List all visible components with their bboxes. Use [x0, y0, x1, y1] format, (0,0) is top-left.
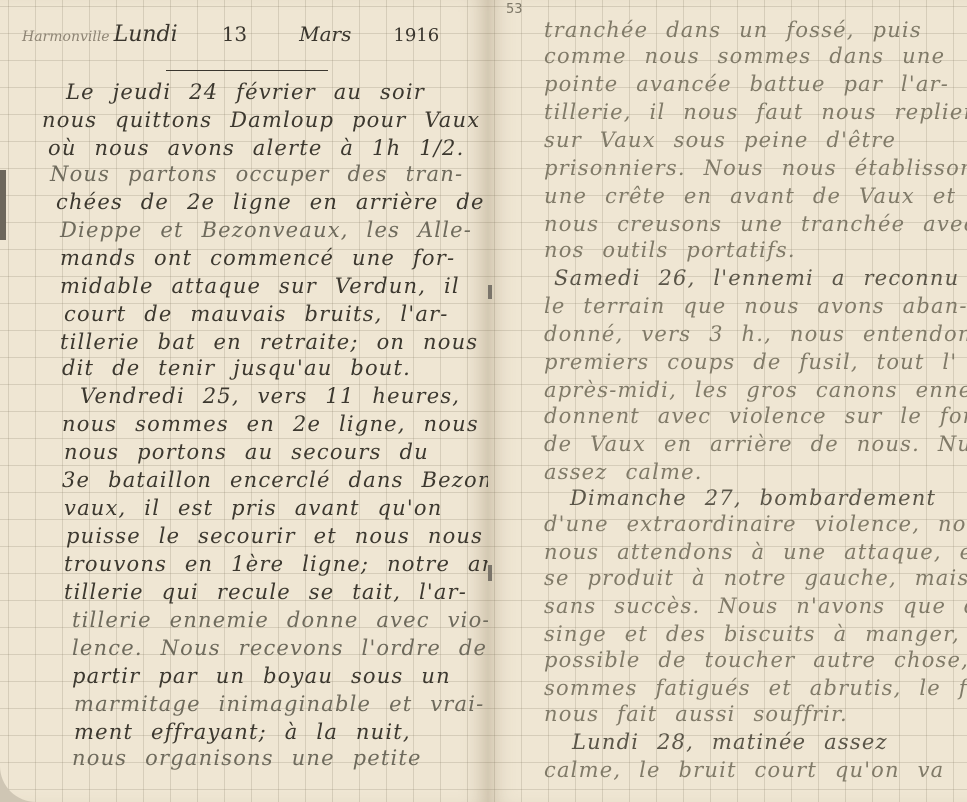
text-line: vaux, il est pris avant qu'on — [64, 496, 442, 520]
text-line: assez calme. — [544, 460, 703, 484]
text-line: donnent avec violence sur le fort — [544, 404, 967, 428]
text-line: 3e bataillon encerclé dans Bezon- — [62, 468, 488, 492]
text-line: tillerie bat en retraite; on nous — [60, 330, 478, 354]
header-date-number: 13 — [222, 22, 247, 46]
text-line: Le jeudi 24 février au soir — [66, 80, 425, 104]
text-line: midable attaque sur Verdun, il — [60, 274, 460, 298]
text-line: premiers coups de fusil, tout l' — [544, 350, 957, 374]
binding-mark — [488, 565, 492, 581]
text-line: dit de tenir jusqu'au bout. — [62, 356, 411, 380]
header-day: Lundi — [114, 22, 178, 47]
text-line: une crête en avant de Vaux et — [544, 184, 956, 208]
text-line: nous portons au secours du — [64, 440, 429, 464]
text-line: de Vaux en arrière de nous. Nuit — [544, 432, 967, 456]
text-line: court de mauvais bruits, l'ar- — [64, 302, 449, 326]
text-line: nous organisons une petite — [72, 746, 422, 770]
text-line: singe et des biscuits à manger, im- — [544, 622, 967, 646]
text-line: trouvons en 1ère ligne; notre ar- — [64, 552, 488, 576]
text-line: partir par un boyau sous un — [72, 664, 451, 688]
header-month: Mars — [299, 22, 351, 46]
text-line: nous creusons une tranchée avec — [544, 212, 967, 236]
text-line: où nous avons alerte à 1h 1/2. — [48, 136, 464, 160]
text-line: possible de toucher autre chose, nous — [544, 648, 967, 672]
margin-note: Harmonville — [22, 29, 110, 45]
text-line: Nous partons occuper des tran- — [50, 162, 463, 186]
text-line: tillerie qui recule se tait, l'ar- — [64, 580, 467, 604]
page-number: 53 — [506, 2, 523, 17]
diary-header: Harmonville Lundi 13 Mars 1916 — [22, 22, 462, 52]
text-line: nous quittons Damloup pour Vaux — [42, 108, 480, 132]
text-line: donné, vers 3 h., nous entendons les — [544, 322, 967, 346]
text-line: sans succès. Nous n'avons que du — [544, 594, 967, 618]
text-line: puisse le secourir et nous nous — [66, 524, 483, 548]
text-line: d'une extraordinaire violence, nous — [544, 512, 967, 536]
text-line: calme, le bruit court qu'on va — [544, 758, 944, 782]
text-line: marmitage inimaginable et vrai- — [74, 692, 484, 716]
text-line: nous attendons à une attaque, elle — [544, 540, 967, 564]
text-line: tranchée dans un fossé, puis — [544, 18, 922, 42]
text-line: sommes fatigués et abrutis, le froid — [544, 676, 967, 700]
left-page: Harmonville Lundi 13 Mars 1916 Le jeudi … — [0, 0, 488, 802]
text-line: Dieppe et Bezonveaux, les Alle- — [60, 218, 472, 242]
binding-mark — [488, 285, 492, 299]
notebook-spread: Harmonville Lundi 13 Mars 1916 Le jeudi … — [0, 0, 967, 802]
text-line: nous sommes en 2e ligne, nous — [62, 412, 479, 436]
text-line: Dimanche 27, bombardement — [570, 486, 936, 510]
text-line: le terrain que nous avons aban- — [544, 294, 967, 318]
text-line: Vendredi 25, vers 11 heures, — [80, 384, 460, 408]
text-line: tillerie ennemie donne avec vio- — [72, 608, 488, 632]
text-line: Samedi 26, l'ennemi a reconnu — [554, 266, 959, 290]
header-year: 1916 — [393, 25, 439, 46]
text-line: nos outils portatifs. — [544, 238, 796, 262]
text-line: tillerie, il nous faut nous replier — [544, 100, 967, 124]
text-line: sur Vaux sous peine d'être — [544, 128, 896, 152]
text-line: pointe avancée battue par l'ar- — [544, 72, 949, 96]
binding-edge — [0, 170, 6, 240]
text-line: mands ont commencé une for- — [60, 246, 455, 270]
right-page: 53 tranchée dans un fossé, puis comme no… — [488, 0, 967, 802]
text-line: ment effrayant; à la nuit, — [74, 720, 411, 744]
text-line: Lundi 28, matinée assez — [572, 730, 888, 754]
text-line: chées de 2e ligne en arrière de — [56, 190, 485, 214]
text-line: après-midi, les gros canons ennemis — [544, 378, 967, 402]
header-divider — [166, 70, 328, 71]
text-line: lence. Nous recevons l'ordre de — [72, 636, 487, 660]
text-line: prisonniers. Nous nous établissons sur — [544, 156, 967, 180]
text-line: se produit à notre gauche, mais — [544, 566, 967, 590]
text-line: nous fait aussi souffrir. — [544, 702, 848, 726]
text-line: comme nous sommes dans une — [544, 44, 945, 68]
